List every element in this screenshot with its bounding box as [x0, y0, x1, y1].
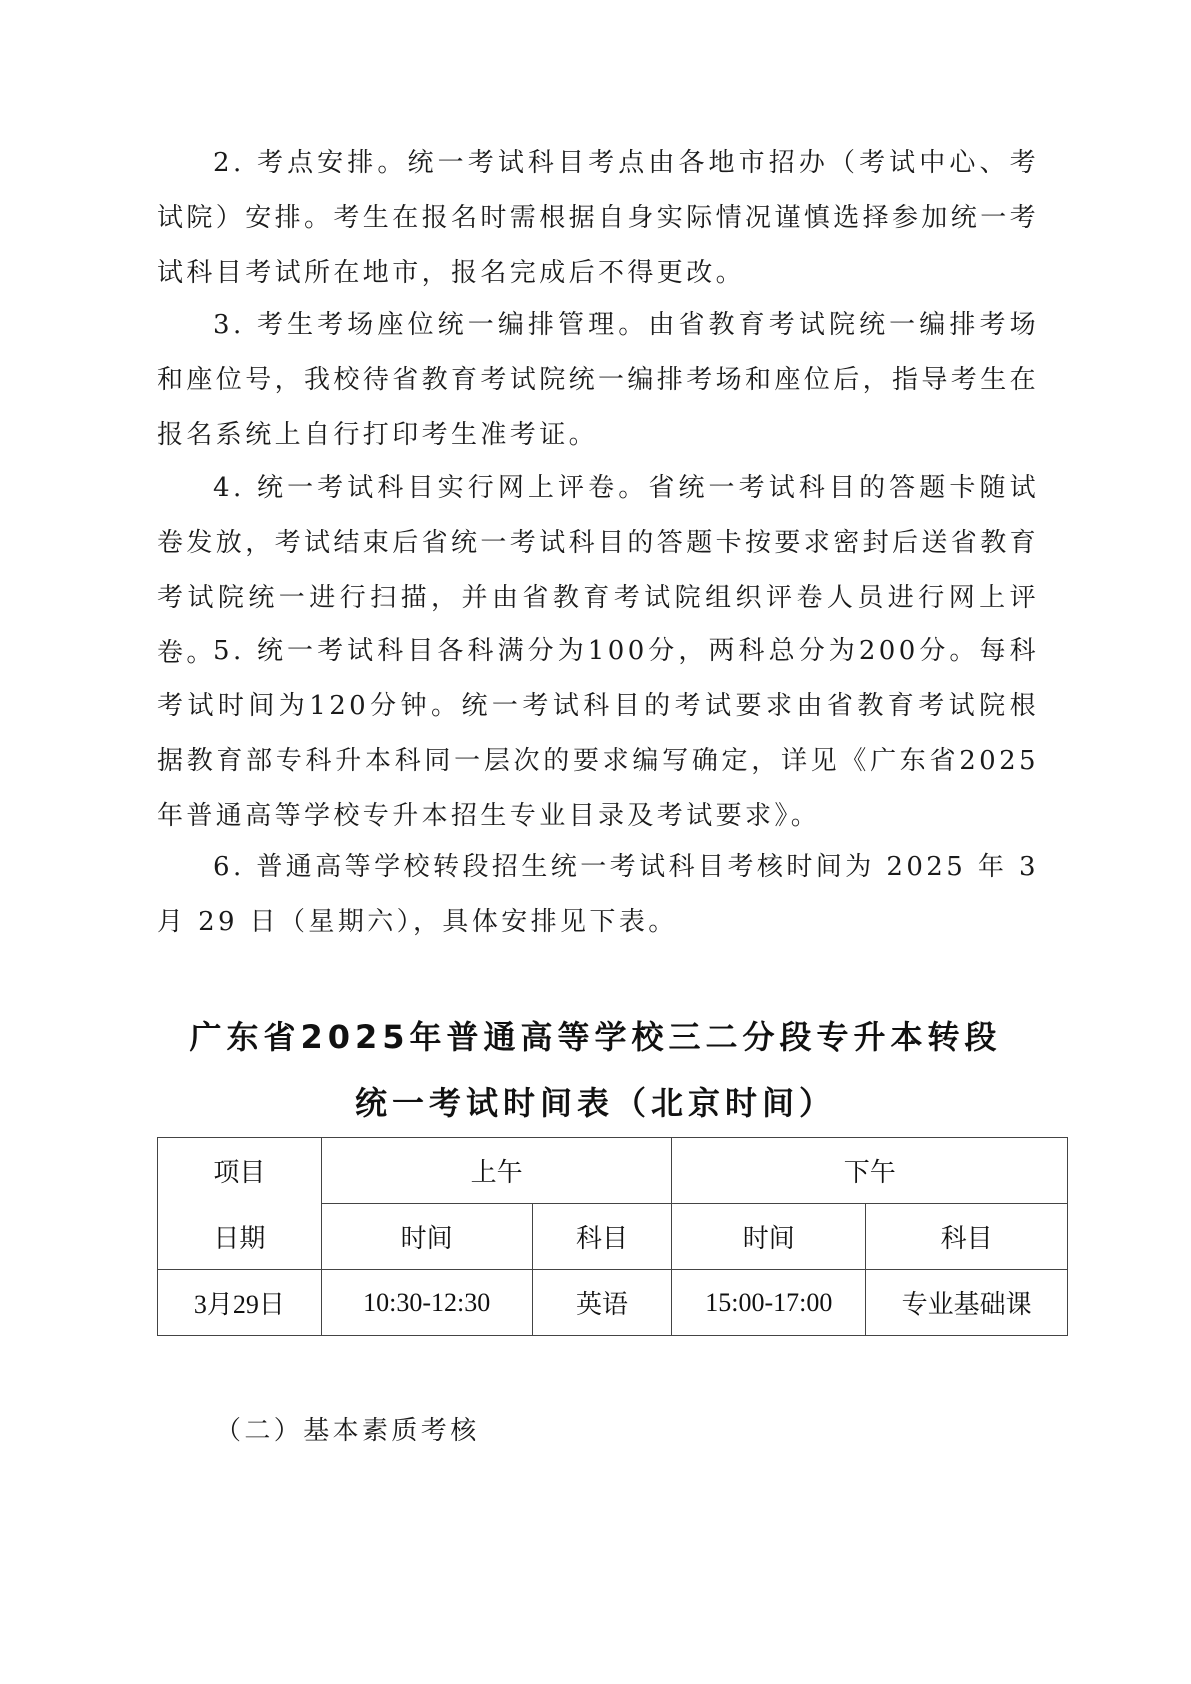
table-row: 3月29日 10:30-12:30 英语 15:00-17:00 专业基础课 [158, 1270, 1068, 1336]
paragraph-scoring-and-duration: 5. 统一考试科目各科满分为100分，两科总分为200分。每科考试时间为120分… [157, 624, 1039, 844]
table-title-line-1: 广东省2025年普通高等学校三二分段专升本转段 [0, 1012, 1191, 1058]
table-header-row-2: 日期 时间 科目 时间 科目 [158, 1204, 1068, 1270]
header-afternoon-subject-cell: 科目 [866, 1204, 1068, 1270]
afternoon-subject-cell: 专业基础课 [866, 1270, 1068, 1336]
header-afternoon-time-cell: 时间 [672, 1204, 866, 1270]
paragraph-text: 6. 普通高等学校转段招生统一考试科目考核时间为 2025 年 3 月 29 日… [157, 852, 1039, 937]
header-afternoon-cell: 下午 [672, 1138, 1068, 1204]
table-header-row-1: 项目 上午 下午 [158, 1138, 1068, 1204]
header-morning-time-cell: 时间 [321, 1204, 532, 1270]
section-heading-basic-quality-assessment: （二）基本素质考核 [215, 1410, 480, 1447]
morning-time-cell: 10:30-12:30 [321, 1270, 532, 1336]
header-date-cell: 日期 [158, 1204, 322, 1270]
paragraph-text: 5. 统一考试科目各科满分为100分，两科总分为200分。每科考试时间为120分… [157, 636, 1039, 831]
paragraph-exam-date: 6. 普通高等学校转段招生统一考试科目考核时间为 2025 年 3 月 29 日… [157, 840, 1039, 950]
exam-schedule-table: 项目 上午 下午 日期 时间 科目 时间 科目 3月29日 10:30-12:3… [157, 1137, 1068, 1336]
date-cell: 3月29日 [158, 1270, 322, 1336]
afternoon-time-cell: 15:00-17:00 [672, 1270, 866, 1336]
paragraph-text: 3. 考生考场座位统一编排管理。由省教育考试院统一编排考场和座位号，我校待省教育… [157, 310, 1039, 450]
morning-subject-cell: 英语 [532, 1270, 672, 1336]
header-item-cell: 项目 [158, 1138, 322, 1204]
header-morning-subject-cell: 科目 [532, 1204, 672, 1270]
paragraph-text: 2. 考点安排。统一考试科目考点由各地市招办（考试中心、考试院）安排。考生在报名… [157, 148, 1039, 288]
paragraph-seat-management: 3. 考生考场座位统一编排管理。由省教育考试院统一编排考场和座位号，我校待省教育… [157, 298, 1039, 463]
header-morning-cell: 上午 [321, 1138, 672, 1204]
table-title-line-2: 统一考试时间表（北京时间） [0, 1078, 1191, 1124]
paragraph-exam-venue-arrangement: 2. 考点安排。统一考试科目考点由各地市招办（考试中心、考试院）安排。考生在报名… [157, 136, 1039, 301]
document-page: 2. 考点安排。统一考试科目考点由各地市招办（考试中心、考试院）安排。考生在报名… [0, 0, 1191, 1684]
